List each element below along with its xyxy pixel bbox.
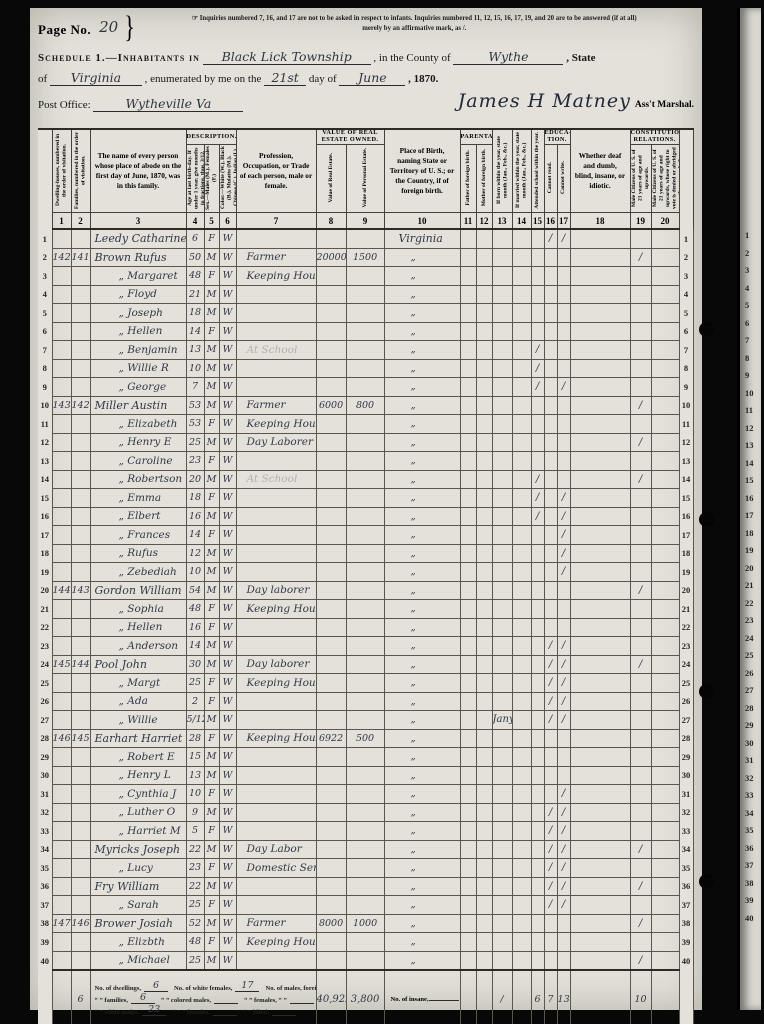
cell-name: Fry William <box>90 877 186 896</box>
marshal-title: Ass't Marshal. <box>635 100 694 110</box>
cell-personal-estate <box>346 359 384 378</box>
cell-dwelling <box>52 378 71 397</box>
cell-father-foreign <box>460 748 476 767</box>
cell-father-foreign <box>460 951 476 970</box>
cell-family <box>71 304 90 323</box>
cell-cannot-write: / <box>557 822 570 841</box>
cell-dwelling <box>52 748 71 767</box>
cell-dwelling: 147 <box>52 914 71 933</box>
col-header-real-estate: Value of Real Estate. <box>316 145 346 213</box>
footer-dwelling <box>52 970 71 1024</box>
cell-male-citizen <box>630 489 651 508</box>
cell-father-foreign <box>460 396 476 415</box>
table-row: 23„ Anderson14MW„//23 <box>38 637 693 656</box>
col-number-13: 13 <box>492 213 512 230</box>
cell-sex: F <box>204 489 219 508</box>
cell-name: „ Elizbth <box>90 933 186 952</box>
cell-color: W <box>219 618 236 637</box>
col-header-birthplace: Place of Birth, naming State or Territor… <box>384 129 460 213</box>
table-row: 18„ Rufus12MW„/18 <box>38 544 693 563</box>
table-row: 3„ Margaret48FWKeeping House„3 <box>38 267 693 286</box>
cell-male-citizen: / <box>630 951 651 970</box>
cell-row-num-left: 32 <box>38 803 52 822</box>
summary-label: “ ” blind, <box>243 1009 269 1016</box>
cell-age: 10 <box>186 359 204 378</box>
cell-birthplace: „ <box>384 637 460 656</box>
cell-cannot-write <box>557 729 570 748</box>
cell-color: W <box>219 674 236 693</box>
marshal-signature: James H Matney <box>458 90 631 112</box>
cell-personal-estate <box>346 933 384 952</box>
cell-deaf-dumb <box>570 544 630 563</box>
cell-sex: M <box>204 544 219 563</box>
table-row: 32„ Luther O9MW„//32 <box>38 803 693 822</box>
cell-real-estate <box>316 470 346 489</box>
cell-male-citizen <box>630 748 651 767</box>
cell-born-month <box>492 452 512 471</box>
cell-name: „ Harriet M <box>90 822 186 841</box>
cell-male-citizen <box>630 359 651 378</box>
table-row: 5„ Joseph18MW„5 <box>38 304 693 323</box>
cell-male-citizen <box>630 544 651 563</box>
cell-sex: M <box>204 951 219 970</box>
cell-personal-estate <box>346 951 384 970</box>
cell-mother-foreign <box>476 766 492 785</box>
table-row: 24145144Pool John30MWDay laborer„///24 <box>38 655 693 674</box>
cell-sex: F <box>204 526 219 545</box>
cell-father-foreign <box>460 433 476 452</box>
cell-cannot-read <box>544 285 557 304</box>
cell-mother-foreign <box>476 341 492 360</box>
cell-age: 52 <box>186 914 204 933</box>
cell-male-citizen <box>630 637 651 656</box>
cell-cannot-write: / <box>557 507 570 526</box>
cell-dwelling <box>52 766 71 785</box>
cell-dwelling <box>52 840 71 859</box>
cell-row-num-right: 2 <box>679 248 693 267</box>
cell-dwelling <box>52 285 71 304</box>
cell-attended-school: / <box>531 378 544 397</box>
cell-cannot-read <box>544 729 557 748</box>
cell-name: „ Benjamin <box>90 341 186 360</box>
cell-row-num-right: 12 <box>679 433 693 452</box>
cell-father-foreign <box>460 822 476 841</box>
cell-personal-estate <box>346 840 384 859</box>
col-number-18: 18 <box>570 213 630 230</box>
state-suffix: , State <box>566 52 595 64</box>
cell-personal-estate <box>346 637 384 656</box>
cell-married-month <box>512 951 531 970</box>
sliver-row-number: 23 <box>745 615 759 625</box>
cell-sex: M <box>204 304 219 323</box>
cell-married-month <box>512 563 531 582</box>
cell-cannot-write: / <box>557 840 570 859</box>
cell-attended-school: / <box>531 507 544 526</box>
cell-sex: F <box>204 267 219 286</box>
cell-mother-foreign <box>476 267 492 286</box>
col-number-2: 2 <box>71 213 90 230</box>
cell-family <box>71 563 90 582</box>
cell-deaf-dumb <box>570 229 630 248</box>
dayof-label: day of <box>309 73 337 85</box>
table-row: 28146145Earhart Harriet28FWKeeping House… <box>38 729 693 748</box>
cell-deaf-dumb <box>570 322 630 341</box>
cell-male-citizen <box>630 729 651 748</box>
cell-male-citizen: / <box>630 470 651 489</box>
cell-row-num-left: 34 <box>38 840 52 859</box>
cell-attended-school <box>531 267 544 286</box>
cell-father-foreign <box>460 489 476 508</box>
cell-male-citizen <box>630 229 651 248</box>
cell-color: W <box>219 322 236 341</box>
cell-sex: F <box>204 729 219 748</box>
cell-married-month <box>512 877 531 896</box>
cell-cannot-read <box>544 785 557 804</box>
cell-deaf-dumb <box>570 415 630 434</box>
cell-row-num-left: 16 <box>38 507 52 526</box>
cell-color: W <box>219 433 236 452</box>
cell-age: 14 <box>186 526 204 545</box>
cell-male-citizen <box>630 600 651 619</box>
cell-color: W <box>219 489 236 508</box>
cell-birthplace: „ <box>384 840 460 859</box>
sliver-row-number: 26 <box>745 668 759 678</box>
cell-real-estate <box>316 285 346 304</box>
col-header-occupation: Profession, Occupation, or Trade of each… <box>236 129 316 213</box>
cell-attended-school <box>531 544 544 563</box>
cell-birthplace: „ <box>384 563 460 582</box>
cell-personal-estate: 500 <box>346 729 384 748</box>
sliver-row-number: 30 <box>745 738 759 748</box>
cell-citizen-denied <box>651 711 679 730</box>
cell-citizen-denied <box>651 507 679 526</box>
cell-deaf-dumb <box>570 951 630 970</box>
sliver-row-number: 33 <box>745 790 759 800</box>
insane-label: No. of insane, <box>391 996 429 1003</box>
cell-father-foreign <box>460 729 476 748</box>
col-number-19: 19 <box>630 213 651 230</box>
cell-father-foreign <box>460 711 476 730</box>
cell-married-month <box>512 396 531 415</box>
sliver-row-number: 27 <box>745 685 759 695</box>
cell-citizen-denied <box>651 470 679 489</box>
cell-age: 14 <box>186 322 204 341</box>
cell-real-estate <box>316 229 346 248</box>
cell-row-num-right: 29 <box>679 748 693 767</box>
cell-cannot-write <box>557 470 570 489</box>
cell-citizen-denied <box>651 581 679 600</box>
cell-dwelling: 143 <box>52 396 71 415</box>
cell-color: W <box>219 729 236 748</box>
cell-cannot-read <box>544 359 557 378</box>
cell-birthplace: „ <box>384 452 460 471</box>
sliver-row-number: 31 <box>745 755 759 765</box>
cell-mother-foreign <box>476 507 492 526</box>
cell-cannot-write: / <box>557 896 570 915</box>
cell-occupation: Day laborer <box>236 655 316 674</box>
cell-real-estate <box>316 489 346 508</box>
sliver-row-number: 21 <box>745 580 759 590</box>
cell-citizen-denied <box>651 285 679 304</box>
cell-name: „ Margt <box>90 674 186 693</box>
cell-dwelling <box>52 600 71 619</box>
cell-occupation: Farmer <box>236 396 316 415</box>
sliver-row-number: 6 <box>745 318 759 328</box>
cell-name: „ Sophia <box>90 600 186 619</box>
cell-sex: F <box>204 600 219 619</box>
cell-row-num-right: 6 <box>679 322 693 341</box>
cell-married-month <box>512 526 531 545</box>
cell-mother-foreign <box>476 785 492 804</box>
cell-row-num-left: 5 <box>38 304 52 323</box>
cell-row-num-left: 23 <box>38 637 52 656</box>
cell-deaf-dumb <box>570 341 630 360</box>
cell-deaf-dumb <box>570 452 630 471</box>
cell-cannot-write <box>557 341 570 360</box>
cell-citizen-denied <box>651 637 679 656</box>
cell-name: „ Henry E <box>90 433 186 452</box>
cell-cannot-read <box>544 267 557 286</box>
cell-occupation <box>236 803 316 822</box>
summary-value <box>290 1003 314 1004</box>
cell-name: „ Elbert <box>90 507 186 526</box>
cell-citizen-denied <box>651 729 679 748</box>
cell-real-estate <box>316 544 346 563</box>
cell-attended-school <box>531 785 544 804</box>
cell-row-num-left: 39 <box>38 933 52 952</box>
cell-cannot-read <box>544 914 557 933</box>
cell-deaf-dumb <box>570 563 630 582</box>
cell-color: W <box>219 822 236 841</box>
cell-dwelling <box>52 304 71 323</box>
cell-row-num-right: 20 <box>679 581 693 600</box>
cell-dwelling: 145 <box>52 655 71 674</box>
cell-attended-school <box>531 581 544 600</box>
cell-mother-foreign <box>476 322 492 341</box>
cell-family: 142 <box>71 396 90 415</box>
cell-color: W <box>219 785 236 804</box>
cell-father-foreign <box>460 877 476 896</box>
page-no-value: 20 <box>99 18 118 36</box>
cell-occupation <box>236 285 316 304</box>
cell-real-estate <box>316 655 346 674</box>
cell-dwelling <box>52 267 71 286</box>
cell-occupation <box>236 877 316 896</box>
cell-cannot-read <box>544 748 557 767</box>
cell-dwelling: 146 <box>52 729 71 748</box>
cell-name: Gordon William <box>90 581 186 600</box>
cell-row-num-left: 26 <box>38 692 52 711</box>
cell-deaf-dumb <box>570 470 630 489</box>
right-page-sliver: 1234567891011121314151617181920212223242… <box>737 8 761 1010</box>
cell-attended-school <box>531 563 544 582</box>
cell-row-num-right: 4 <box>679 285 693 304</box>
cell-real-estate <box>316 304 346 323</box>
cell-name: Pool John <box>90 655 186 674</box>
summary-label: “ ” families, <box>95 997 129 1004</box>
cell-family: 146 <box>71 914 90 933</box>
cell-dwelling <box>52 452 71 471</box>
cell-attended-school <box>531 396 544 415</box>
cell-citizen-denied <box>651 600 679 619</box>
cell-citizen-denied <box>651 655 679 674</box>
summary-label: “ ” ” females, <box>172 1009 210 1016</box>
cell-born-month <box>492 563 512 582</box>
cell-born-month <box>492 933 512 952</box>
cell-sex: F <box>204 674 219 693</box>
cell-age: 53 <box>186 396 204 415</box>
cell-personal-estate <box>346 748 384 767</box>
cell-name: Brower Josiah <box>90 914 186 933</box>
cell-father-foreign <box>460 563 476 582</box>
cell-citizen-denied <box>651 415 679 434</box>
cell-male-citizen <box>630 285 651 304</box>
cell-birthplace: „ <box>384 470 460 489</box>
cell-sex: M <box>204 637 219 656</box>
cell-born-month <box>492 748 512 767</box>
cell-sex: M <box>204 470 219 489</box>
cell-deaf-dumb <box>570 766 630 785</box>
cell-attended-school <box>531 433 544 452</box>
table-row: 33„ Harriet M5FW„//33 <box>38 822 693 841</box>
cell-born-month <box>492 822 512 841</box>
footer-insane: No. of insane, <box>384 970 460 1024</box>
page-no-label: Page No. <box>38 22 91 38</box>
cell-dwelling <box>52 470 71 489</box>
cell-male-citizen: / <box>630 581 651 600</box>
cell-cannot-write <box>557 914 570 933</box>
cell-mother-foreign <box>476 359 492 378</box>
cell-row-num-right: 21 <box>679 600 693 619</box>
cell-born-month <box>492 229 512 248</box>
cell-male-citizen <box>630 304 651 323</box>
cell-color: W <box>219 859 236 878</box>
cell-name: „ Cynthia J <box>90 785 186 804</box>
table-row: 17„ Frances14FW„/17 <box>38 526 693 545</box>
cell-father-foreign <box>460 655 476 674</box>
cell-attended-school <box>531 859 544 878</box>
cell-cannot-write <box>557 415 570 434</box>
cell-personal-estate <box>346 618 384 637</box>
cell-occupation <box>236 618 316 637</box>
cell-born-month <box>492 896 512 915</box>
cell-birthplace: „ <box>384 766 460 785</box>
cell-row-num-left: 30 <box>38 766 52 785</box>
cell-attended-school <box>531 248 544 267</box>
cell-cannot-write <box>557 359 570 378</box>
cell-personal-estate <box>346 896 384 915</box>
cell-cannot-write: / <box>557 692 570 711</box>
cell-birthplace: „ <box>384 378 460 397</box>
cell-family <box>71 840 90 859</box>
cell-occupation <box>236 507 316 526</box>
cell-citizen-denied <box>651 396 679 415</box>
cell-cannot-write: / <box>557 563 570 582</box>
cell-age: 30 <box>186 655 204 674</box>
cell-attended-school <box>531 896 544 915</box>
table-row: 26„ Ada2FW„//26 <box>38 692 693 711</box>
table-row: 40„ Michael25MW„/40 <box>38 951 693 970</box>
cell-father-foreign <box>460 581 476 600</box>
cell-real-estate: 20000 <box>316 248 346 267</box>
cell-deaf-dumb <box>570 914 630 933</box>
cell-cannot-write <box>557 600 570 619</box>
cell-citizen-denied <box>651 322 679 341</box>
binding-hole <box>699 874 714 889</box>
cell-dwelling <box>52 785 71 804</box>
cell-cannot-read: / <box>544 803 557 822</box>
enum-label: , enumerated by me on the <box>145 73 262 85</box>
sliver-row-number: 19 <box>745 545 759 555</box>
col-number-1: 1 <box>52 213 71 230</box>
cell-birthplace: „ <box>384 711 460 730</box>
cell-occupation: Day Labor <box>236 840 316 859</box>
cell-personal-estate <box>346 674 384 693</box>
cell-cannot-read <box>544 600 557 619</box>
cell-real-estate <box>316 859 346 878</box>
cell-name: „ Frances <box>90 526 186 545</box>
cell-age: 50 <box>186 248 204 267</box>
summary-value: 6 <box>131 994 155 1004</box>
footer-summary-box: No. of dwellings,6No. of white females,1… <box>90 970 316 1024</box>
cell-married-month <box>512 544 531 563</box>
col-header-dwelling: Dwelling-houses, numbered in the order o… <box>52 129 71 213</box>
cell-real-estate <box>316 674 346 693</box>
cell-mother-foreign <box>476 396 492 415</box>
cell-sex: F <box>204 859 219 878</box>
cell-name: „ Hellen <box>90 322 186 341</box>
cell-born-month <box>492 341 512 360</box>
cell-occupation <box>236 896 316 915</box>
cell-dwelling <box>52 618 71 637</box>
cell-family: 144 <box>71 655 90 674</box>
cell-occupation <box>236 489 316 508</box>
cell-color: W <box>219 229 236 248</box>
table-row: 31„ Cynthia J10FW„/31 <box>38 785 693 804</box>
cell-born-month <box>492 729 512 748</box>
cell-occupation: Keeping House <box>236 933 316 952</box>
cell-deaf-dumb <box>570 359 630 378</box>
cell-born-month <box>492 877 512 896</box>
cell-cannot-write <box>557 581 570 600</box>
cell-citizen-denied <box>651 563 679 582</box>
cell-color: W <box>219 526 236 545</box>
cell-occupation <box>236 322 316 341</box>
cell-mother-foreign <box>476 692 492 711</box>
cell-row-num-left: 22 <box>38 618 52 637</box>
cell-color: W <box>219 581 236 600</box>
cell-family <box>71 285 90 304</box>
cell-attended-school <box>531 304 544 323</box>
summary-line-2: “ ” families,6“ ” colored males,“ ” fema… <box>95 994 312 1004</box>
group-header-constitutional: CONSTITUTIONAL RELATIONS. <box>630 129 679 145</box>
cell-row-num-right: 35 <box>679 859 693 878</box>
cell-mother-foreign <box>476 581 492 600</box>
cell-father-foreign <box>460 933 476 952</box>
margin-left-header <box>38 129 52 229</box>
cell-attended-school <box>531 415 544 434</box>
cell-occupation <box>236 785 316 804</box>
cell-married-month <box>512 692 531 711</box>
cell-occupation <box>236 711 316 730</box>
cell-sex: M <box>204 359 219 378</box>
cell-cannot-read <box>544 248 557 267</box>
binding-hole <box>699 322 714 337</box>
cell-cannot-write <box>557 748 570 767</box>
cell-male-citizen <box>630 322 651 341</box>
cell-married-month <box>512 600 531 619</box>
cell-father-foreign <box>460 637 476 656</box>
